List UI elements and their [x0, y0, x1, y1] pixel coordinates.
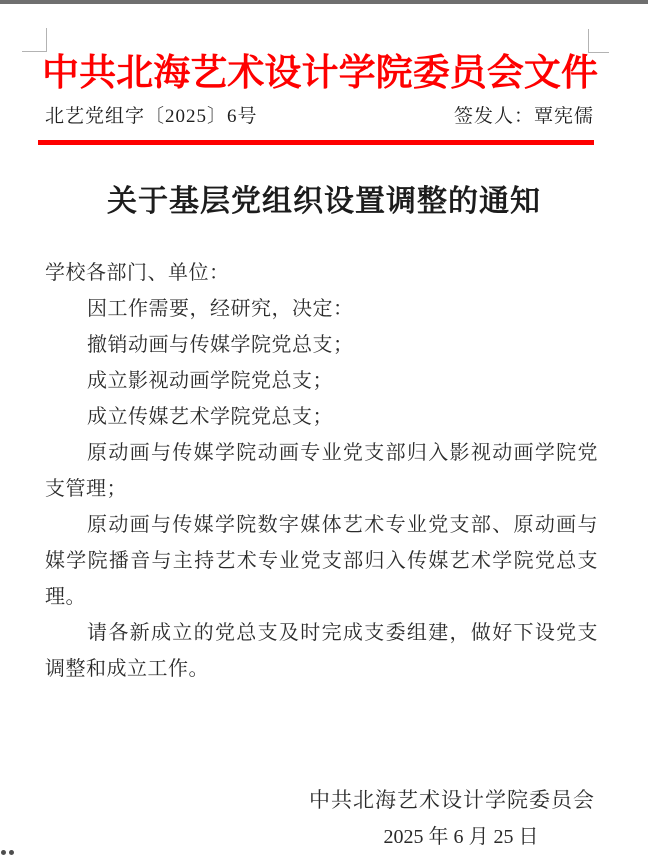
body-line: 撤销动画与传媒学院党总支； [45, 327, 598, 363]
document-number-row: 北艺党组字〔2025〕6号 签发人：覃宪儒 [45, 100, 594, 128]
body-line: 原动画与传媒学院动画专业党支部归入影视动画学院党总 [45, 435, 598, 471]
page-edge-dot [1, 850, 6, 855]
body-line: 媒学院播音与主持艺术专业党支部归入传媒艺术学院党总支管 [45, 543, 598, 579]
body-line: 原动画与传媒学院数字媒体艺术专业党支部、原动画与传 [45, 507, 598, 543]
body-line: 支管理； [45, 471, 598, 507]
body-line: 调整和成立工作。 [45, 651, 598, 687]
document-body: 学校各部门、单位： 因工作需要，经研究，决定： 撤销动画与传媒学院党总支； 成立… [45, 255, 598, 687]
window-top-edge [0, 0, 648, 4]
page-edge-dot [9, 850, 14, 855]
document-page: 中共北海艺术设计学院委员会文件 北艺党组字〔2025〕6号 签发人：覃宪儒 关于… [0, 0, 648, 861]
body-line: 成立传媒艺术学院党总支； [45, 399, 598, 435]
red-divider [38, 140, 594, 145]
issuer-name: 签发人：覃宪儒 [454, 101, 594, 128]
signature-date: 2025 年 6 月 25 日 [327, 824, 595, 850]
signature-org: 中共北海艺术设计学院委员会 [309, 786, 595, 814]
document-number: 北艺党组字〔2025〕6号 [45, 101, 258, 128]
document-title: 关于基层党组织设置调整的通知 [0, 183, 648, 220]
banner-title: 中共北海艺术设计学院委员会文件 [42, 46, 598, 102]
body-line: 理。 [45, 579, 598, 615]
body-line: 成立影视动画学院党总支； [45, 363, 598, 399]
body-line: 因工作需要，经研究，决定： [45, 291, 598, 327]
body-line-salutation: 学校各部门、单位： [45, 255, 598, 291]
body-line: 请各新成立的党总支及时完成支委组建，做好下设党支部 [45, 615, 598, 651]
